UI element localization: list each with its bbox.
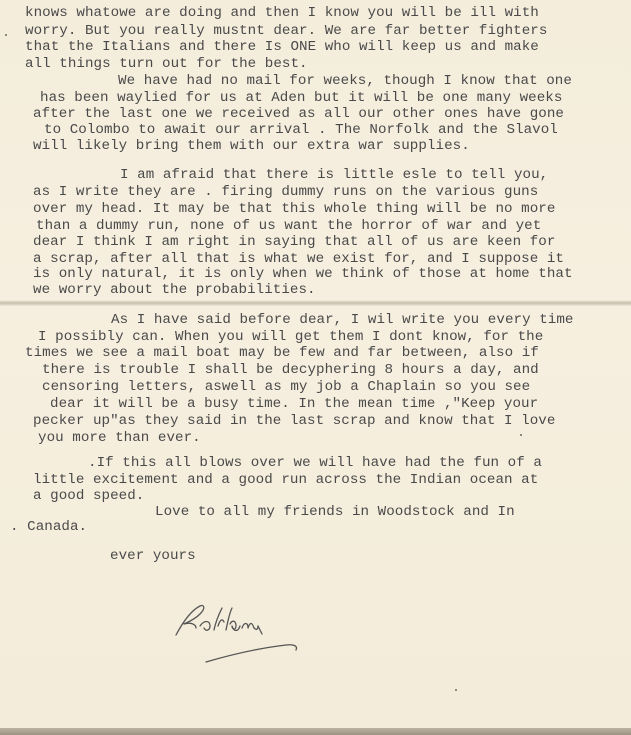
text-line: a scrap, after all that is what we exist…: [33, 252, 564, 266]
text-line: over my head. It may be that this whole …: [33, 202, 555, 216]
text-line: has been waylied for us at Aden but it w…: [40, 91, 562, 105]
text-line: is only natural, it is only when we thin…: [33, 267, 573, 281]
text-line: we worry about the probabilities.: [33, 283, 316, 297]
text-line: as I write they are . firing dummy runs …: [33, 185, 538, 199]
text-line: . Canada.: [10, 520, 87, 534]
text-line: will likely bring them with our extra wa…: [33, 139, 470, 153]
closing-text: ever yours: [110, 549, 196, 563]
letter-page: knows whatowe are doing and then I know …: [0, 0, 631, 735]
text-line: to Colombo to await our arrival . The No…: [44, 123, 558, 137]
text-line: little excitement and a good run across …: [33, 473, 538, 487]
text-line: knows whatowe are doing and then I know …: [25, 6, 539, 20]
text-line: We have had no mail for weeks, though I …: [118, 74, 572, 88]
text-line: Love to all my friends in Woodstock and …: [155, 505, 515, 519]
text-line: worry. But you really mustnt dear. We ar…: [25, 24, 547, 38]
text-line: than a dummy run, none of us want the ho…: [36, 219, 541, 233]
text-line: censoring letters, aswell as my job a Ch…: [42, 380, 530, 394]
paper-bottom-edge: [0, 728, 631, 735]
handwritten-signature: [170, 600, 340, 690]
text-line: that the Italians and there Is ONE who w…: [25, 40, 539, 54]
paper-fold-line: [0, 300, 631, 306]
text-line: .If this all blows over we will have had…: [88, 456, 542, 470]
text-line: a good speed.: [33, 489, 144, 503]
text-line: dear I think I am right in saying that a…: [33, 235, 555, 249]
stray-mark: [520, 434, 522, 436]
text-line: I am afraid that there is little esle to…: [120, 168, 548, 182]
text-line: all things turn out for the best.: [25, 57, 308, 71]
text-line: I possibly can. When you will get them I…: [38, 330, 543, 344]
text-line: times we see a mail boat may be few and …: [25, 346, 539, 360]
text-line: dear it will be a busy time. In the mean…: [50, 397, 538, 411]
text-line: there is trouble I shall be decyphering …: [42, 363, 539, 377]
text-line: As I have said before dear, I wil write …: [111, 313, 573, 327]
stray-mark: [5, 34, 7, 36]
text-line: pecker up"as they said in the last scrap…: [33, 414, 555, 428]
text-line: after the last one we received as all ou…: [33, 107, 564, 121]
stray-mark: [455, 689, 457, 691]
text-line: you more than ever.: [38, 431, 201, 445]
